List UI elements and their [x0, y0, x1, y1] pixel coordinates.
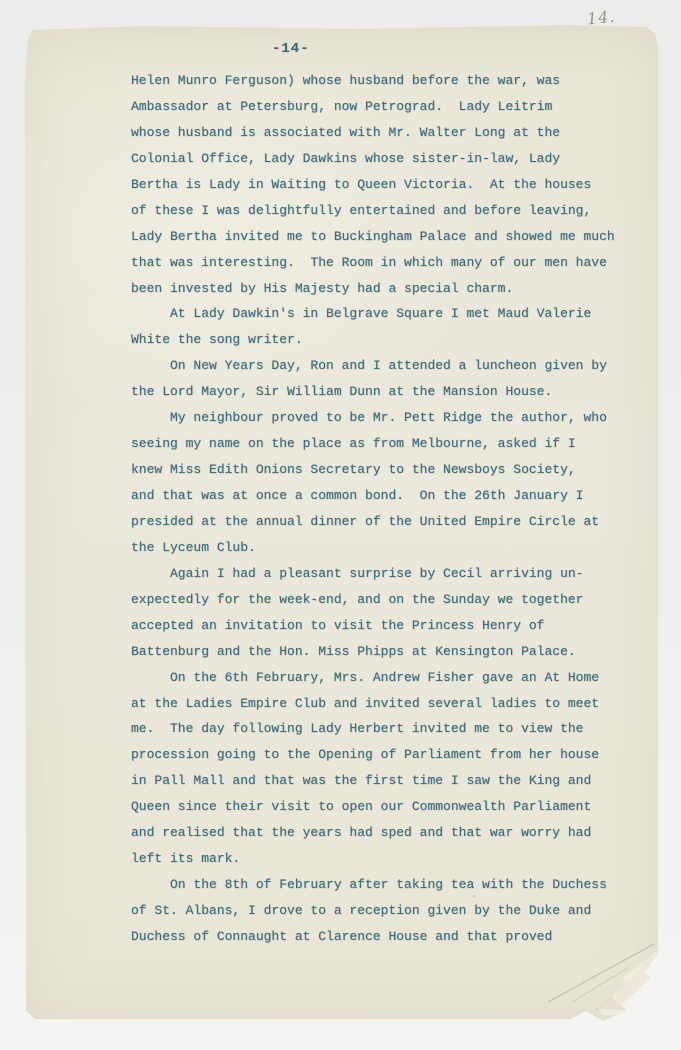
typed-line: Helen Munro Ferguson) whose husband befo… — [131, 68, 631, 94]
typed-line: at the Ladies Empire Club and invited se… — [131, 691, 631, 717]
typed-line: Queen since their visit to open our Comm… — [131, 794, 631, 820]
typed-line: whose husband is associated with Mr. Wal… — [131, 120, 631, 146]
typed-line: accepted an invitation to visit the Prin… — [131, 613, 631, 639]
typed-line: expectedly for the week-end, and on the … — [131, 587, 631, 613]
typed-lines: Helen Munro Ferguson) whose husband befo… — [131, 68, 631, 950]
typed-line: Battenburg and the Hon. Miss Phipps at K… — [131, 639, 631, 665]
typed-line: left its mark. — [131, 846, 631, 872]
typed-line: and realised that the years had sped and… — [131, 820, 631, 846]
handwritten-page-number: 14. — [586, 7, 616, 29]
typed-line: White the song writer. — [131, 327, 631, 353]
typed-line: procession going to the Opening of Parli… — [131, 742, 631, 768]
typed-line: Bertha is Lady in Waiting to Queen Victo… — [131, 172, 631, 198]
typed-line: presided at the annual dinner of the Uni… — [131, 509, 631, 535]
typed-line: the Lyceum Club. — [131, 535, 631, 561]
typed-line: that was interesting. The Room in which … — [131, 250, 631, 276]
typed-line: knew Miss Edith Onions Secretary to the … — [131, 457, 631, 483]
typed-line: On the 6th February, Mrs. Andrew Fisher … — [131, 665, 631, 691]
typed-line: Lady Bertha invited me to Buckingham Pal… — [131, 224, 631, 250]
typed-line: of St. Albans, I drove to a reception gi… — [131, 898, 631, 924]
typed-line: Ambassador at Petersburg, now Petrograd.… — [131, 94, 631, 120]
paper-speck — [473, 895, 475, 897]
typed-line: At Lady Dawkin's in Belgrave Square I me… — [131, 301, 631, 327]
typed-line: Duchess of Connaught at Clarence House a… — [131, 924, 631, 950]
typed-line: in Pall Mall and that was the first time… — [131, 768, 631, 794]
typed-line: been invested by His Majesty had a speci… — [131, 276, 631, 302]
document-background: -14- Helen Munro Ferguson) whose husband… — [0, 0, 681, 1050]
typed-line: me. The day following Lady Herbert invit… — [131, 716, 631, 742]
typed-page-number: -14- — [272, 41, 310, 57]
typed-line: Colonial Office, Lady Dawkins whose sist… — [131, 146, 631, 172]
typed-line: On the 8th of February after taking tea … — [131, 872, 631, 898]
typed-line: of these I was delightfully entertained … — [131, 198, 631, 224]
typed-line: On New Years Day, Ron and I attended a l… — [131, 353, 631, 379]
typed-line: My neighbour proved to be Mr. Pett Ridge… — [131, 405, 631, 431]
typed-line: the Lord Mayor, Sir William Dunn at the … — [131, 379, 631, 405]
typed-line: Again I had a pleasant surprise by Cecil… — [131, 561, 631, 587]
paper-speck — [237, 187, 239, 188]
paper-sheet: -14- Helen Munro Ferguson) whose husband… — [25, 25, 658, 1022]
paper-speck — [315, 155, 317, 157]
typed-line: and that was at once a common bond. On t… — [131, 483, 631, 509]
typed-line: seeing my name on the place as from Melb… — [131, 431, 631, 457]
